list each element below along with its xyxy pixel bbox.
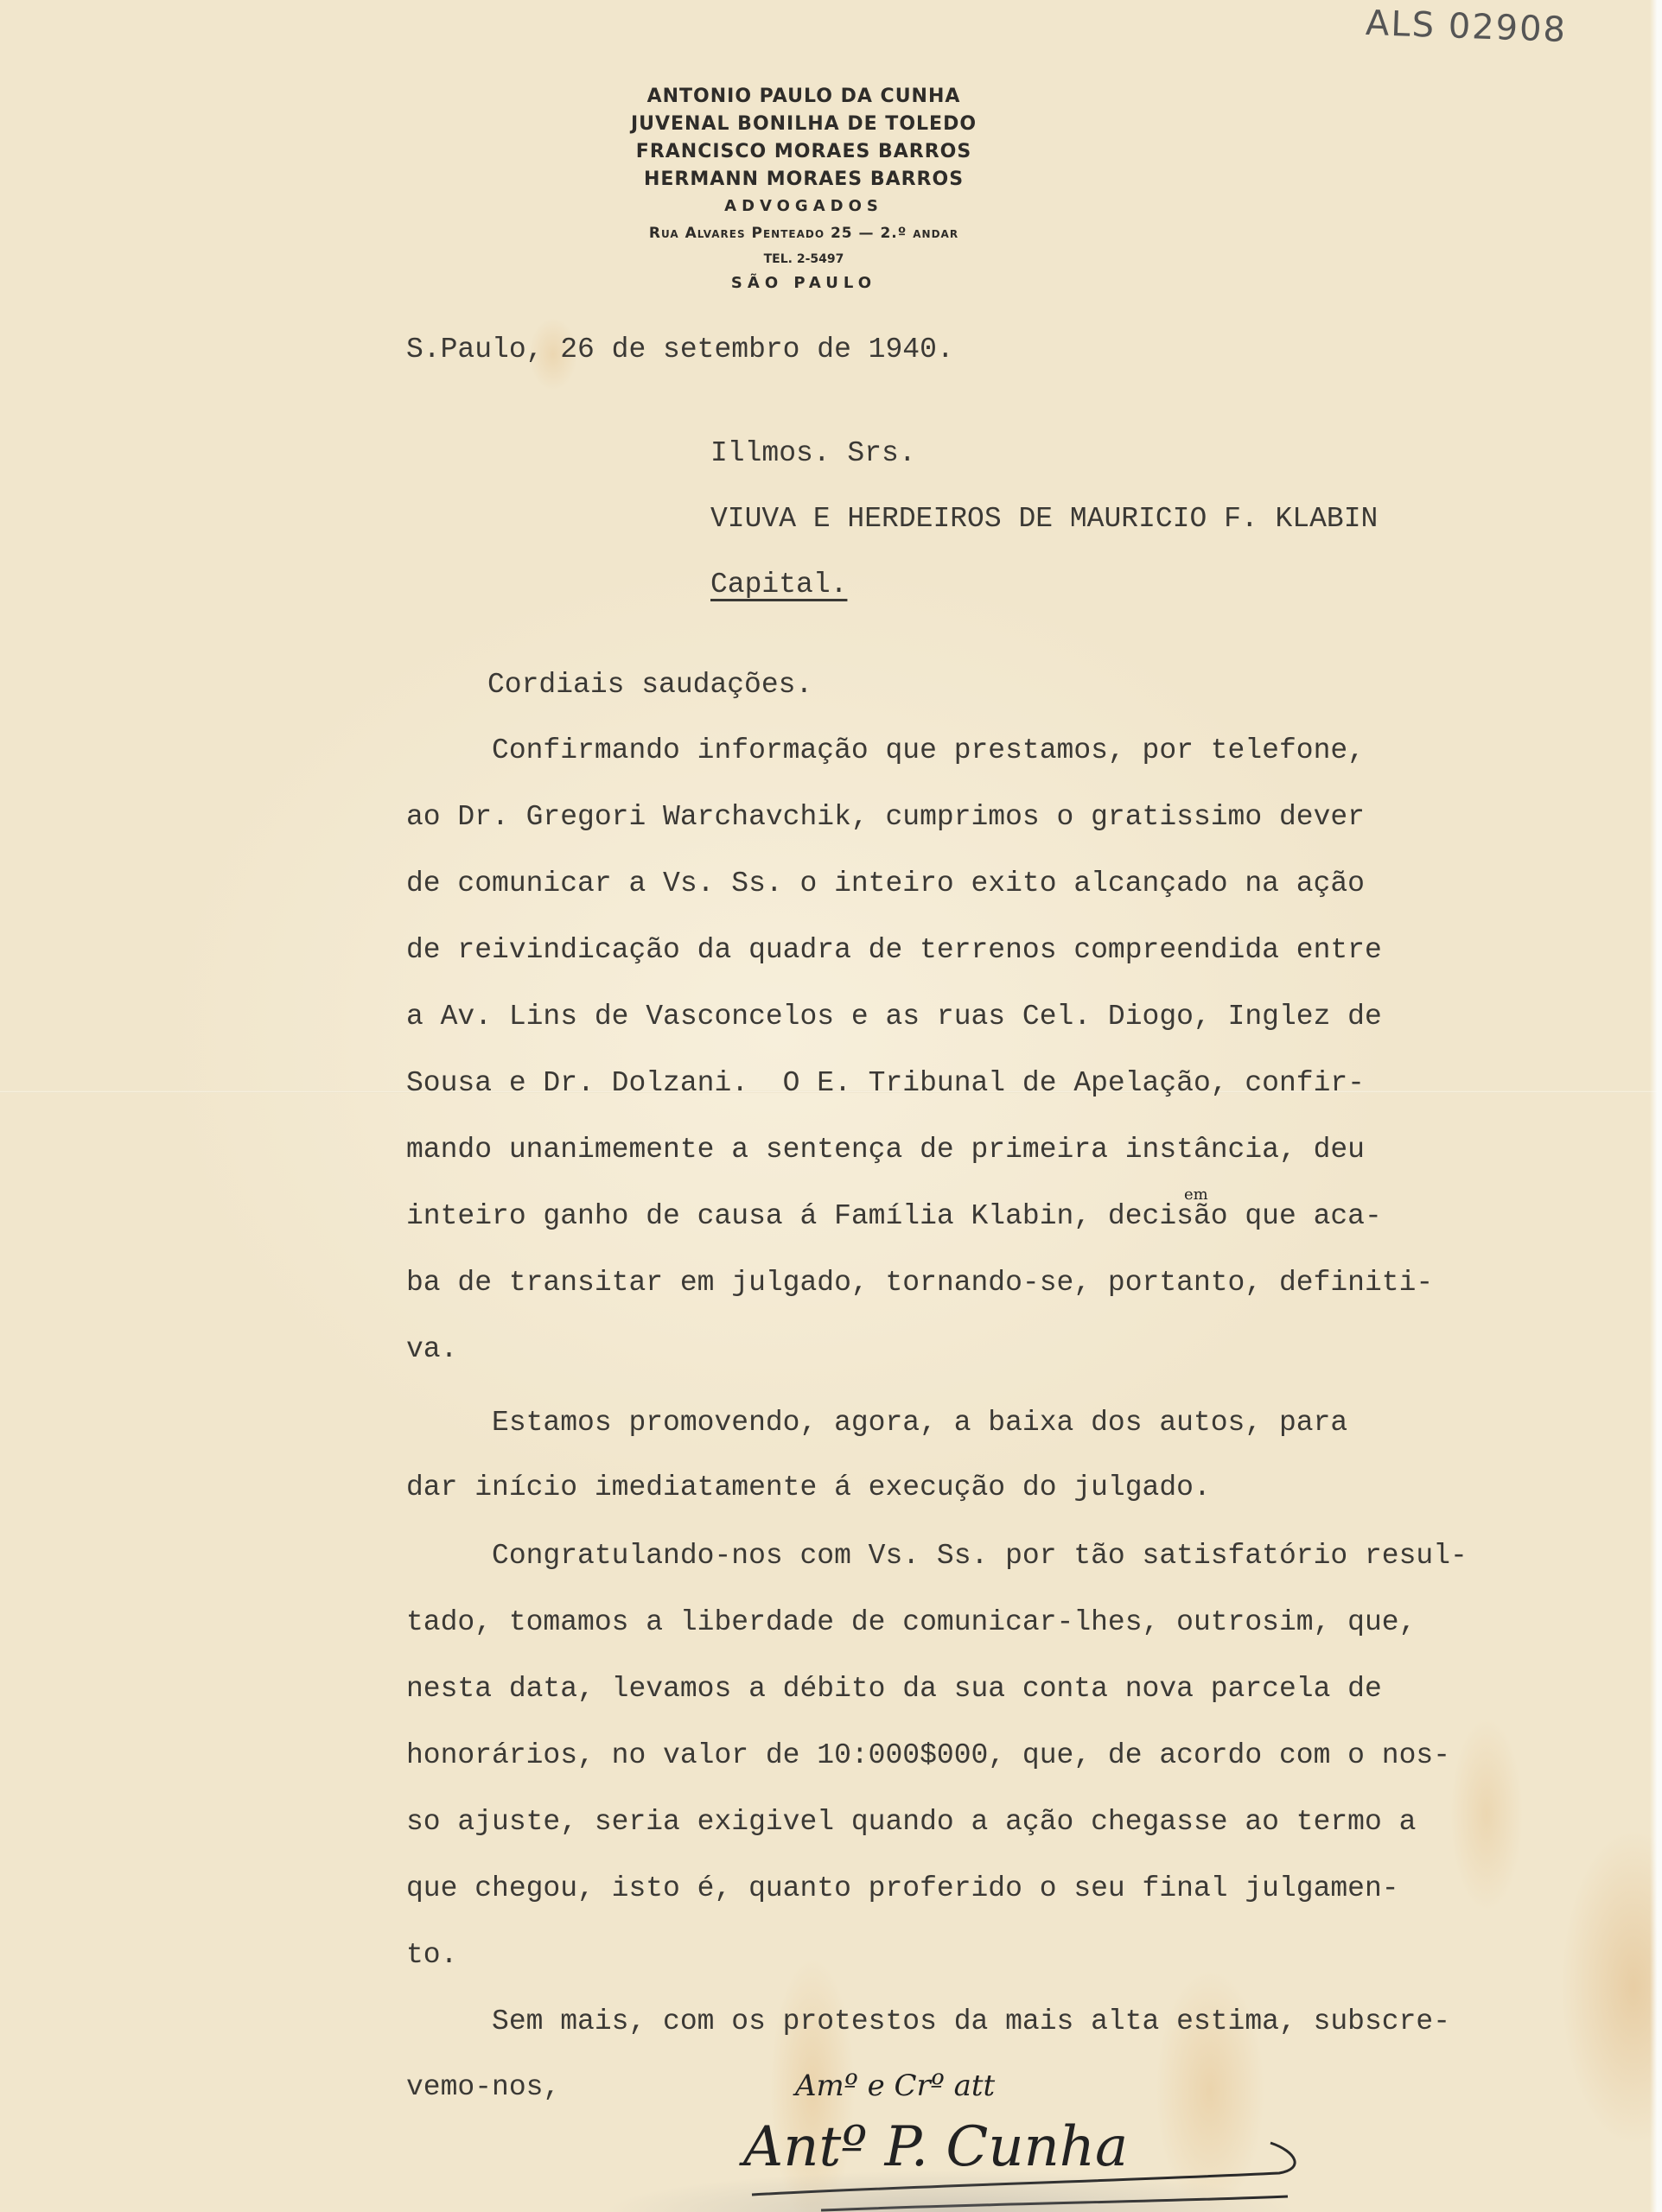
- body-line: honorários, no valor de 10:000$000, que,…: [406, 1739, 1450, 1771]
- letterhead-city: SÃO PAULO: [519, 271, 1089, 296]
- date-line: S.Paulo, 26 de setembro de 1940.: [406, 334, 954, 365]
- body-line: Sem mais, com os protestos da mais alta …: [406, 2005, 1450, 2037]
- body-line: inteiro ganho de causa á Família Klabin,…: [406, 1200, 1382, 1232]
- handwritten-insert: em: [1184, 1185, 1208, 1204]
- recipient-salutation: Illmos. Srs.: [710, 437, 916, 469]
- body-line: Confirmando informação que prestamos, po…: [406, 734, 1365, 766]
- body-line: a Av. Lins de Vasconcelos e as ruas Cel.…: [406, 1001, 1382, 1033]
- body-line: que chegou, isto é, quanto proferido o s…: [406, 1872, 1399, 1904]
- partner-name: HERMANN MORAES BARROS: [519, 166, 1089, 194]
- body-line: dar início imediatamente á execução do j…: [406, 1471, 1211, 1503]
- body-line: vemo-nos,: [406, 2071, 560, 2103]
- letterhead: ANTONIO PAULO DA CUNHA JUVENAL BONILHA D…: [519, 83, 1089, 296]
- letter-page: ALS 02908 ANTONIO PAULO DA CUNHA JUVENAL…: [0, 0, 1662, 2212]
- partner-name: FRANCISCO MORAES BARROS: [519, 138, 1089, 166]
- greeting: Cordiais saudações.: [487, 669, 812, 701]
- body-line: to.: [406, 1939, 457, 1971]
- body-line: so ajuste, seria exigivel quando a ação …: [406, 1806, 1416, 1838]
- letterhead-address: Rua Alvares Penteado 25 — 2.º andar: [519, 219, 1089, 247]
- body-line: Congratulando-nos com Vs. Ss. por tão sa…: [406, 1540, 1468, 1572]
- partner-name: ANTONIO PAULO DA CUNHA: [519, 83, 1089, 111]
- body-line: de reivindicação da quadra de terrenos c…: [406, 934, 1382, 966]
- body-line: nesta data, levamos a débito da sua cont…: [406, 1673, 1382, 1705]
- partner-name: JUVENAL BONILHA DE TOLEDO: [519, 111, 1089, 138]
- archive-id: ALS 02908: [1365, 3, 1567, 50]
- body-line: tado, tomamos a liberdade de comunicar-l…: [406, 1606, 1416, 1638]
- page-shadow: [0, 2160, 1662, 2212]
- letterhead-profession: ADVOGADOS: [519, 194, 1089, 219]
- body-line: ao Dr. Gregori Warchavchik, cumprimos o …: [406, 801, 1365, 833]
- letterhead-phone: TEL. 2-5497: [519, 247, 1089, 271]
- body-line: Estamos promovendo, agora, a baixa dos a…: [406, 1407, 1347, 1439]
- recipient-location: Capital.: [710, 569, 847, 601]
- body-line: va.: [406, 1333, 457, 1365]
- body-line: mando unanimemente a sentença de primeir…: [406, 1134, 1365, 1166]
- torn-right-edge: [1650, 0, 1662, 2212]
- body-line: ba de transitar em julgado, tornando-se,…: [406, 1267, 1433, 1299]
- recipient-name: VIUVA E HERDEIROS DE MAURICIO F. KLABIN: [710, 503, 1378, 535]
- body-line: de comunicar a Vs. Ss. o inteiro exito a…: [406, 868, 1365, 899]
- body-line: Sousa e Dr. Dolzani. O E. Tribunal de Ap…: [406, 1067, 1365, 1099]
- handwritten-closing: Amº e Crº att: [795, 2069, 995, 2103]
